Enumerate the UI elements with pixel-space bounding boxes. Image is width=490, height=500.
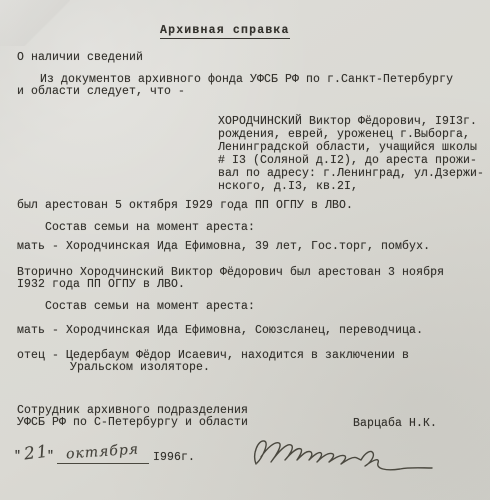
handwritten-month: октября xyxy=(66,441,140,462)
archival-certificate-page: Архивная справка О наличии сведений Из д… xyxy=(0,0,490,500)
date-close-quote: " xyxy=(47,450,54,463)
subject-line: О наличии сведений xyxy=(17,51,143,64)
signoff-name: Варцаба Н.К. xyxy=(353,417,437,430)
paper-crease xyxy=(0,0,70,46)
person-details-line-3: Ленинградской области, учащийся школы xyxy=(218,141,477,154)
family-first-arrest-header: Состав семьи на момент ареста: xyxy=(45,221,255,234)
family-second-arrest-father-2: Уральском изоляторе. xyxy=(70,361,210,374)
date-open-quote: " xyxy=(14,450,21,463)
person-details-line-5: вал по адресу: г.Ленинград, ул.Дзержи- xyxy=(218,167,484,180)
family-second-arrest-mother: мать - Хородчинская Ида Ефимовна, Союзсл… xyxy=(17,324,423,337)
date-year: I996г. xyxy=(153,451,195,464)
intro-line-2: и области следует, что - xyxy=(17,85,185,98)
signoff-position-line-2: УФСБ РФ по С-Петербургу и области xyxy=(17,416,248,429)
person-details-line-2: рождения, еврей, уроженец г.Выборга, xyxy=(218,128,470,141)
document-title: Архивная справка xyxy=(160,24,290,39)
first-arrest-line: был арестован 5 октября I929 года ПП ОГП… xyxy=(17,199,353,212)
month-underline xyxy=(57,463,149,464)
person-details-line-6: нского, д.I3, кв.2I, xyxy=(218,180,358,193)
second-arrest-line-2: I932 года ПП ОГПУ в ЛВО. xyxy=(17,278,185,291)
family-first-arrest-mother: мать - Хородчинская Ида Ефимовна, 39 лет… xyxy=(17,240,430,253)
person-details-line-4: # I3 (Соляной д.I2), до ареста прожи- xyxy=(218,154,477,167)
family-second-arrest-header: Состав семьи на момент ареста: xyxy=(45,300,255,313)
signature-icon xyxy=(248,430,438,476)
person-details-line-1: ХОРОДЧИНСКИЙ Виктор Фёдорович, I9I3г. xyxy=(218,115,477,128)
